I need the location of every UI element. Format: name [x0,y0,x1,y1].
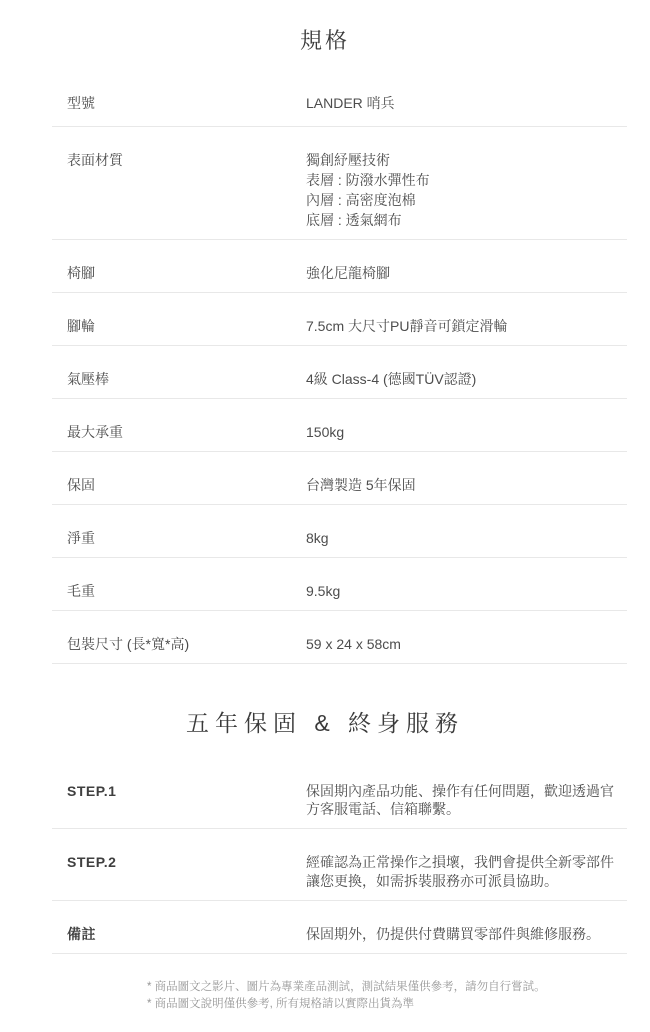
footnote-line: * 商品圖文說明僅供參考, 所有規格請以實際出貨為準 [147,996,620,1013]
spec-value: 獨創紓壓技術 表層 : 防潑水彈性布 內層 : 高密度泡棉 底層 : 透氣網布 [306,151,627,231]
spec-value: 59 x 24 x 58cm [306,635,627,654]
spec-label: 保固 [52,476,306,495]
spec-value-line: 內層 : 高密度泡棉 [306,191,627,210]
spec-row-gross-weight: 毛重 9.5kg [52,558,627,611]
spec-value: 強化尼龍椅腳 [306,264,627,283]
warranty-notes-value: 保固期外，仍提供付費購買零部件與維修服務。 [306,925,627,944]
spec-value: 150kg [306,423,627,442]
spec-table: 型號 LANDER 哨兵 表面材質 獨創紓壓技術 表層 : 防潑水彈性布 內層 … [52,89,627,664]
spec-row-net-weight: 淨重 8kg [52,505,627,558]
warranty-step-value: 保固期內產品功能、操作有任何問題，歡迎透過官方客服電話、信箱聯繫。 [306,782,627,820]
spec-label: 最大承重 [52,423,306,442]
warranty-table: STEP.1 保固期內產品功能、操作有任何問題，歡迎透過官方客服電話、信箱聯繫。… [52,758,627,954]
warranty-notes-label: 備註 [52,925,306,944]
footnote-line: * 商品圖文之影片、圖片為專業產品測試，測試結果僅供參考，請勿自行嘗試。 [147,979,620,996]
spec-row-chair-legs: 椅腳 強化尼龍椅腳 [52,240,627,293]
spec-label: 表面材質 [52,151,306,170]
product-spec-page: 規格 型號 LANDER 哨兵 表面材質 獨創紓壓技術 表層 : 防潑水彈性布 … [0,0,650,1014]
spec-label: 椅腳 [52,264,306,283]
spec-value: 4級 Class-4 (德國TÜV認證) [306,370,627,389]
spec-label: 腳輪 [52,317,306,336]
spec-label: 淨重 [52,529,306,548]
footnotes: * 商品圖文之影片、圖片為專業產品測試，測試結果僅供參考，請勿自行嘗試。 * 商… [147,979,620,1014]
warranty-section-heading: 五年保固 & 終身服務 [0,705,650,738]
spec-row-gas-lift: 氣壓棒 4級 Class-4 (德國TÜV認證) [52,346,627,399]
spec-value-line: 表層 : 防潑水彈性布 [306,171,627,190]
spec-row-package-size: 包裝尺寸 (長*寬*高) 59 x 24 x 58cm [52,611,627,664]
spec-value: 8kg [306,529,627,548]
spec-row-warranty: 保固 台灣製造 5年保固 [52,452,627,505]
spec-label: 型號 [52,94,306,113]
spec-value-line: 獨創紓壓技術 [306,151,627,170]
spec-value: 台灣製造 5年保固 [306,476,627,495]
page-title: 規格 [0,24,650,55]
spec-value: LANDER 哨兵 [306,94,627,113]
spec-row-max-load: 最大承重 150kg [52,399,627,452]
spec-label: 毛重 [52,582,306,601]
spec-row-casters: 腳輪 7.5cm 大尺寸PU靜音可鎖定滑輪 [52,293,627,346]
warranty-row-step1: STEP.1 保固期內產品功能、操作有任何問題，歡迎透過官方客服電話、信箱聯繫。 [52,758,627,830]
spec-label: 氣壓棒 [52,370,306,389]
warranty-step-label: STEP.1 [52,782,306,801]
warranty-step-value: 經確認為正常操作之損壞，我們會提供全新零部件讓您更換，如需拆裝服務亦可派員協助。 [306,853,627,891]
warranty-step-label: STEP.2 [52,853,306,872]
warranty-row-step2: STEP.2 經確認為正常操作之損壞，我們會提供全新零部件讓您更換，如需拆裝服務… [52,829,627,901]
spec-value-line: 底層 : 透氣網布 [306,211,627,230]
spec-row-model: 型號 LANDER 哨兵 [52,89,627,127]
warranty-row-notes: 備註 保固期外，仍提供付費購買零部件與維修服務。 [52,901,627,954]
spec-label: 包裝尺寸 (長*寬*高) [52,635,306,654]
spec-value: 7.5cm 大尺寸PU靜音可鎖定滑輪 [306,317,627,336]
spec-value: 9.5kg [306,582,627,601]
spec-row-surface-material: 表面材質 獨創紓壓技術 表層 : 防潑水彈性布 內層 : 高密度泡棉 底層 : … [52,127,627,241]
